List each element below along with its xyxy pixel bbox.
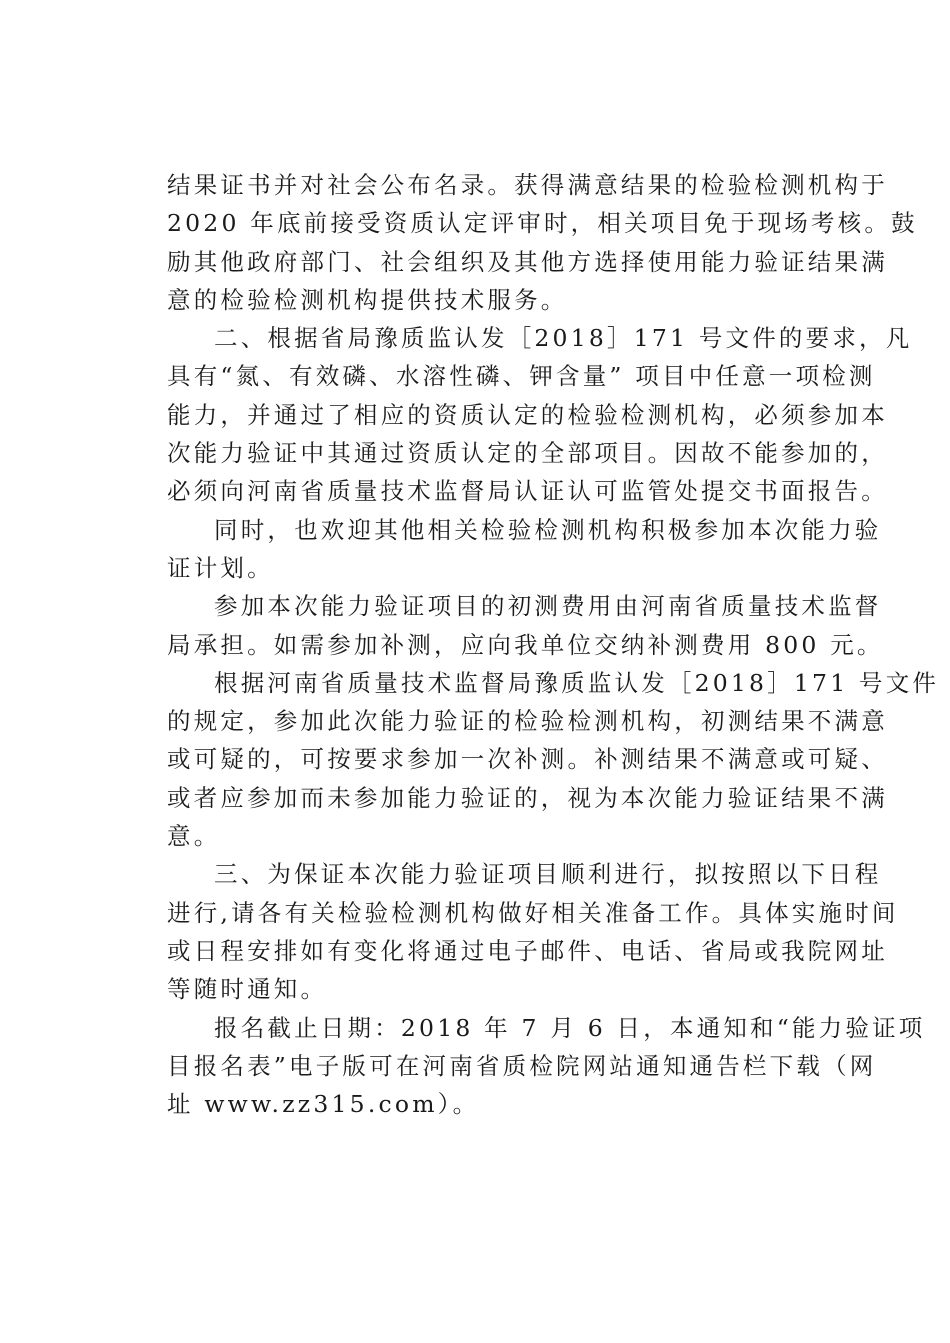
- text-line: 意。: [167, 817, 847, 855]
- text-line: 或者应参加而未参加能力验证的，视为本次能力验证结果不满: [167, 779, 847, 817]
- paragraph-welcome: 同时，也欢迎其他相关检验检测机构积极参加本次能力验 证计划。: [167, 511, 847, 588]
- text-line: 同时，也欢迎其他相关检验检测机构积极参加本次能力验: [167, 511, 847, 549]
- text-line: 必须向河南省质量技术监督局认证认可监管处提交书面报告。: [167, 472, 847, 510]
- paragraph-results-publication: 结果证书并对社会公布名录。获得满意结果的检验检测机构于 2020 年底前接受资质…: [167, 166, 847, 319]
- document-body: 结果证书并对社会公布名录。获得满意结果的检验检测机构于 2020 年底前接受资质…: [167, 166, 847, 1123]
- paragraph-retest-rules: 根据河南省质量技术监督局豫质监认发［2018］171 号文件 的规定，参加此次能…: [167, 664, 847, 855]
- text-line: 2020 年底前接受资质认定评审时，相关项目免于现场考核。鼓: [167, 204, 847, 242]
- text-line: 三、为保证本次能力验证项目顺利进行，拟按照以下日程: [167, 855, 847, 893]
- text-line: 能力，并通过了相应的资质认定的检验检测机构，必须参加本: [167, 396, 847, 434]
- text-line: 次能力验证中其通过资质认定的全部项目。因故不能参加的，: [167, 434, 847, 472]
- text-line: 局承担。如需参加补测，应向我单位交纳补测费用 800 元。: [167, 626, 847, 664]
- text-line: 目报名表”电子版可在河南省质检院网站通知通告栏下载（网: [167, 1047, 847, 1085]
- paragraph-section-two: 二、根据省局豫质监认发［2018］171 号文件的要求，凡 具有“氮、有效磷、水…: [167, 319, 847, 510]
- text-line: 或日程安排如有变化将通过电子邮件、电话、省局或我院网址: [167, 932, 847, 970]
- document-page: 结果证书并对社会公布名录。获得满意结果的检验检测机构于 2020 年底前接受资质…: [0, 0, 950, 1343]
- text-line: 二、根据省局豫质监认发［2018］171 号文件的要求，凡: [167, 319, 847, 357]
- paragraph-section-three: 三、为保证本次能力验证项目顺利进行，拟按照以下日程 进行,请各有关检验检测机构做…: [167, 855, 847, 1008]
- paragraph-registration-deadline: 报名截止日期：2018 年 7 月 6 日，本通知和“能力验证项 目报名表”电子…: [167, 1009, 847, 1124]
- text-line: 证计划。: [167, 549, 847, 587]
- text-line: 意的检验检测机构提供技术服务。: [167, 281, 847, 319]
- text-line: 具有“氮、有效磷、水溶性磷、钾含量” 项目中任意一项检测: [167, 357, 847, 395]
- text-line: 址 www.zz315.com）。: [167, 1085, 847, 1123]
- text-line: 结果证书并对社会公布名录。获得满意结果的检验检测机构于: [167, 166, 847, 204]
- text-line: 报名截止日期：2018 年 7 月 6 日，本通知和“能力验证项: [167, 1009, 847, 1047]
- paragraph-fees: 参加本次能力验证项目的初测费用由河南省质量技术监督 局承担。如需参加补测，应向我…: [167, 587, 847, 664]
- text-line: 的规定，参加此次能力验证的检验检测机构，初测结果不满意: [167, 702, 847, 740]
- text-line: 等随时通知。: [167, 970, 847, 1008]
- text-line: 参加本次能力验证项目的初测费用由河南省质量技术监督: [167, 587, 847, 625]
- text-line: 根据河南省质量技术监督局豫质监认发［2018］171 号文件: [167, 664, 847, 702]
- text-line: 或可疑的，可按要求参加一次补测。补测结果不满意或可疑、: [167, 740, 847, 778]
- text-line: 励其他政府部门、社会组织及其他方选择使用能力验证结果满: [167, 243, 847, 281]
- text-line: 进行,请各有关检验检测机构做好相关准备工作。具体实施时间: [167, 894, 847, 932]
